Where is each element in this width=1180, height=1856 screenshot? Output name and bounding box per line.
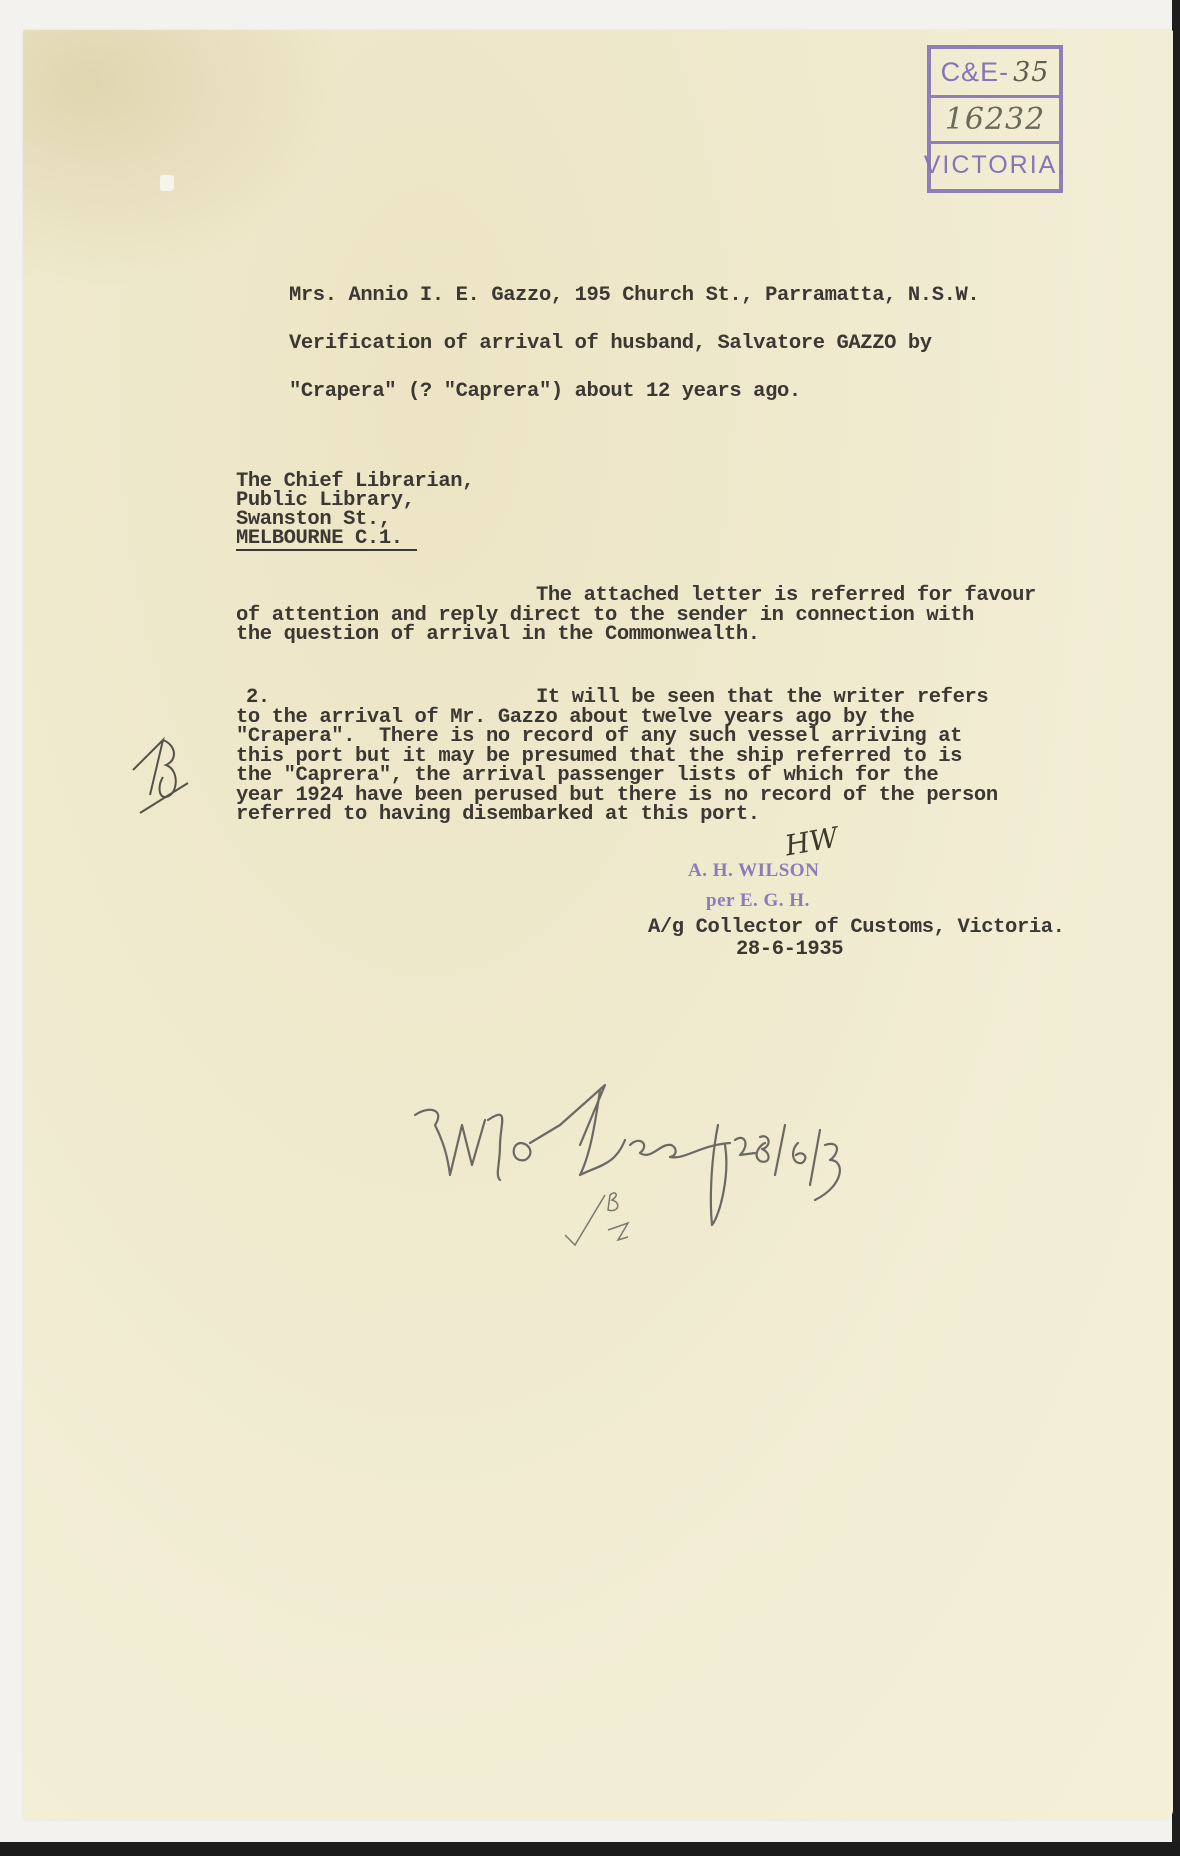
stamp-row-number: 16232 — [931, 95, 1059, 141]
stamp-department-code: C&E- — [941, 57, 1010, 88]
signatory-per-stamp: per E. G. H. — [706, 890, 810, 912]
paragraph-2-line-7: referred to having disembarked at this p… — [236, 805, 998, 825]
scan-edge-right — [1172, 0, 1180, 1856]
stamp-year-handwritten: 35 — [1013, 57, 1049, 88]
paragraph-2-number: 2. — [236, 688, 536, 708]
paragraph-2: 2.It will be seen that the writer refers… — [236, 688, 998, 825]
stamp-row-state: VICTORIA. — [931, 141, 1059, 187]
subject-line-3: "Crapera" (? "Caprera") about 12 years a… — [289, 382, 801, 403]
paper-tear — [160, 175, 174, 191]
handwritten-b-icon — [128, 715, 208, 815]
paragraph-2-line-5: the "Caprera", the arrival passenger lis… — [236, 766, 998, 786]
signatory-title: A/g Collector of Customs, Victoria. — [648, 918, 1065, 939]
paragraph-1-line-3: the question of arrival in the Commonwea… — [236, 625, 1036, 645]
addressee-city: MELBOURNE C.1. — [236, 529, 417, 551]
stamp-file-number: 16232 — [945, 102, 1045, 137]
paragraph-1: The attached letter is referred for favo… — [236, 586, 1036, 645]
document-date: 28-6-1935 — [736, 940, 843, 961]
paragraph-2-line-3: "Crapera". There is no record of any suc… — [236, 727, 998, 747]
paragraph-1-line-1: The attached letter is referred for favo… — [236, 586, 1036, 606]
addressee-block: The Chief Librarian, Public Library, Swa… — [236, 472, 474, 551]
stamp-row-department: C&E- 35 — [931, 49, 1059, 95]
subject-line-2: Verification of arrival of husband, Salv… — [289, 334, 932, 355]
margin-annotation-mark — [128, 715, 208, 820]
signatory-name-stamp: A. H. WILSON — [688, 860, 819, 882]
pencil-signature-icon — [400, 1065, 1000, 1265]
pencil-annotation — [400, 1065, 1000, 1270]
scan-edge-bottom — [0, 1842, 1180, 1856]
stamp-state: VICTORIA. — [924, 151, 1067, 180]
subject-line-1: Mrs. Annio I. E. Gazzo, 195 Church St., … — [289, 286, 979, 307]
registry-stamp: C&E- 35 16232 VICTORIA. — [927, 45, 1063, 193]
